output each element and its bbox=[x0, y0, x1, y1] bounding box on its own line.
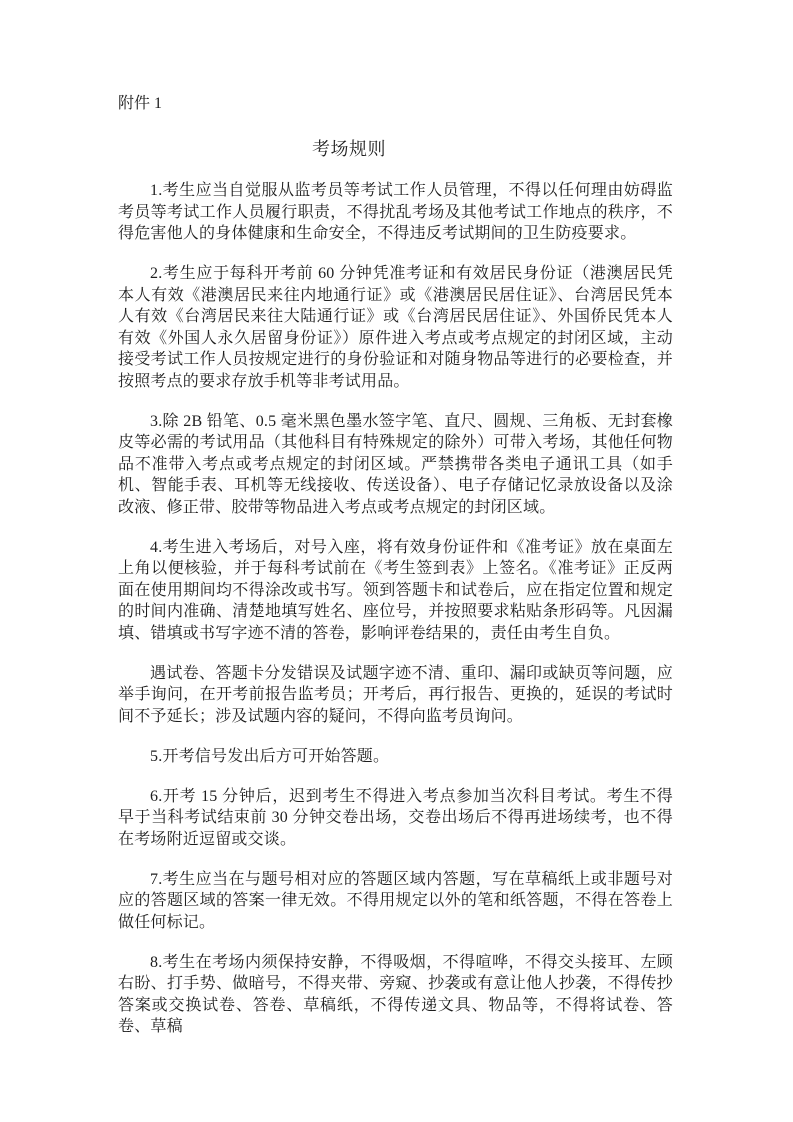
document-body: 1.考生应当自觉服从监考员等考试工作人员管理，不得以任何理由妨碍监考员等考试工作… bbox=[118, 180, 673, 1038]
rule-paragraph-4-continued: 遇试卷、答题卡分发错误及试题字迹不清、重印、漏印或缺页等问题，应举手询问，在开考… bbox=[118, 663, 673, 728]
rule-paragraph-3: 3.除 2B 铅笔、0.5 毫米黑色墨水签字笔、直尺、圆规、三角板、无封套橡皮等… bbox=[118, 411, 673, 519]
rule-paragraph-7: 7.考生应当在与题号相对应的答题区域内答题，写在草稿纸上或非题号对应的答题区域的… bbox=[118, 869, 673, 934]
rule-paragraph-6: 6.开考 15 分钟后，迟到考生不得进入考点参加当次科目考试。考生不得早于当科考… bbox=[118, 786, 673, 851]
rule-paragraph-2: 2.考生应于每科开考前 60 分钟凭准考证和有效居民身份证（港澳居民凭本人有效《… bbox=[118, 263, 673, 392]
rule-paragraph-5: 5.开考信号发出后方可开始答题。 bbox=[118, 746, 673, 768]
rule-paragraph-4: 4.考生进入考场后，对号入座，将有效身份证件和《准考证》放在桌面左上角以便核验，… bbox=[118, 537, 673, 645]
rule-paragraph-8: 8.考生在考场内须保持安静，不得吸烟，不得喧哗，不得交头接耳、左顾右盼、打手势、… bbox=[118, 952, 673, 1038]
rule-paragraph-1: 1.考生应当自觉服从监考员等考试工作人员管理，不得以任何理由妨碍监考员等考试工作… bbox=[118, 180, 673, 245]
document-title: 考场规则 bbox=[312, 137, 673, 161]
document-page: 附件 1 考场规则 1.考生应当自觉服从监考员等考试工作人员管理，不得以任何理由… bbox=[0, 0, 793, 1122]
attachment-label: 附件 1 bbox=[118, 93, 673, 115]
